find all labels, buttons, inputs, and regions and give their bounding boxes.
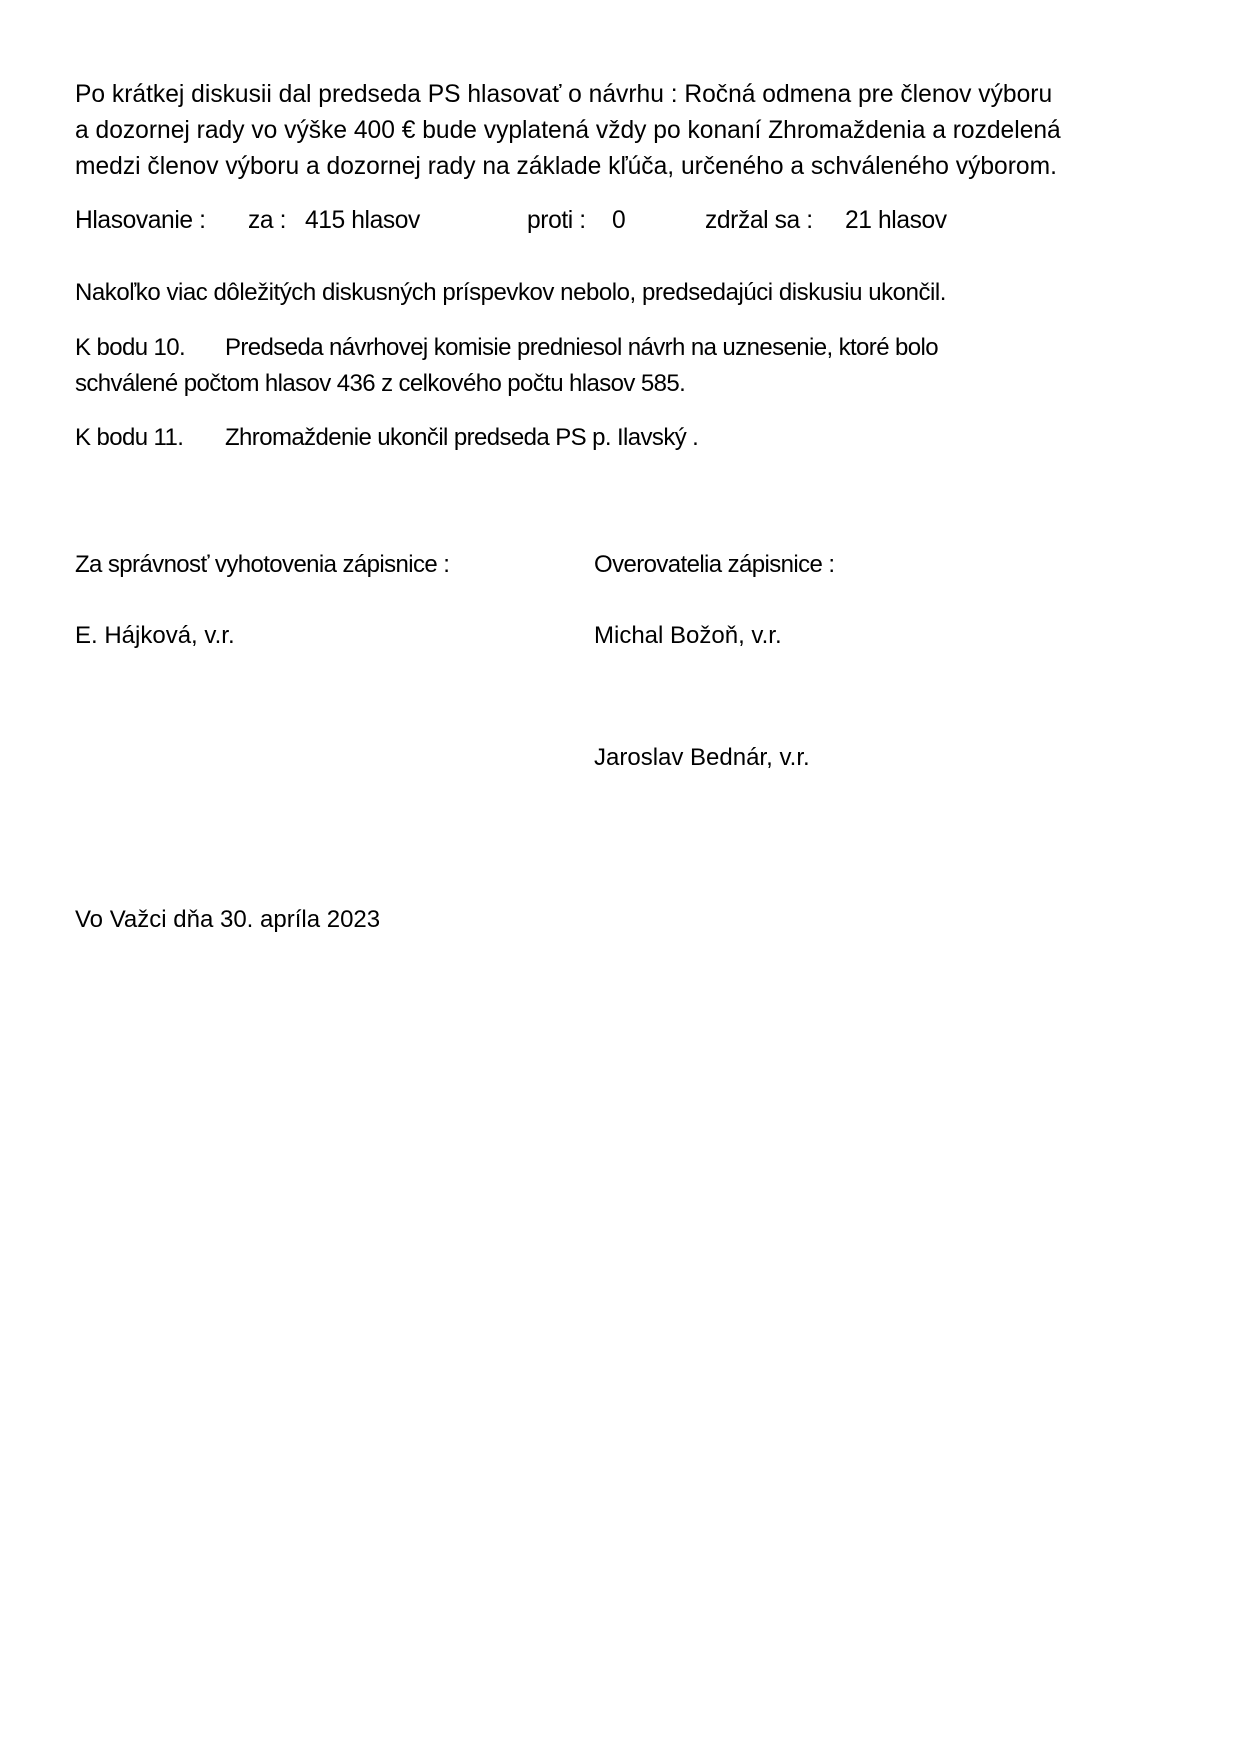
proposal-line: Po krátkej diskusii dal predseda PS hlas… bbox=[75, 77, 1061, 113]
point-10-label: K bodu 10. bbox=[75, 330, 185, 366]
proposal-paragraph: Po krátkej diskusii dal predseda PS hlas… bbox=[75, 77, 1061, 185]
verifier-1-name: Michal Božoň, v.r. bbox=[594, 618, 782, 654]
discussion-end-text: Nakoľko viac dôležitých diskusných prísp… bbox=[75, 275, 946, 311]
proposal-line: a dozornej rady vo výške 400 € bude vypl… bbox=[75, 113, 1061, 149]
prepared-by-name: E. Hájková, v.r. bbox=[75, 618, 235, 654]
vote-abstain-value: 21 hlasov bbox=[845, 203, 947, 239]
document-page: Po krátkej diskusii dal predseda PS hlas… bbox=[0, 0, 1240, 1754]
point-11-label: K bodu 11. bbox=[75, 420, 183, 456]
verifiers-label: Overovatelia zápisnice : bbox=[594, 547, 834, 583]
vote-against-value: 0 bbox=[612, 203, 625, 239]
point-10-text-line: schválené počtom hlasov 436 z celkového … bbox=[75, 366, 685, 402]
vote-abstain-label: zdržal sa : bbox=[705, 203, 813, 239]
point-11-text: Zhromaždenie ukončil predseda PS p. Ilav… bbox=[225, 420, 698, 456]
verifier-2-name: Jaroslav Bednár, v.r. bbox=[594, 740, 810, 776]
voting-label: Hlasovanie : bbox=[75, 203, 206, 239]
prepared-by-label: Za správnosť vyhotovenia zápisnice : bbox=[75, 547, 449, 583]
point-10-text-line: Predseda návrhovej komisie predniesol ná… bbox=[225, 330, 938, 366]
vote-against-label: proti : bbox=[527, 203, 586, 239]
proposal-line: medzi členov výboru a dozornej rady na z… bbox=[75, 149, 1061, 185]
vote-for-label: za : bbox=[248, 203, 286, 239]
place-date: Vo Važci dňa 30. apríla 2023 bbox=[75, 902, 380, 938]
vote-for-value: 415 hlasov bbox=[305, 203, 420, 239]
